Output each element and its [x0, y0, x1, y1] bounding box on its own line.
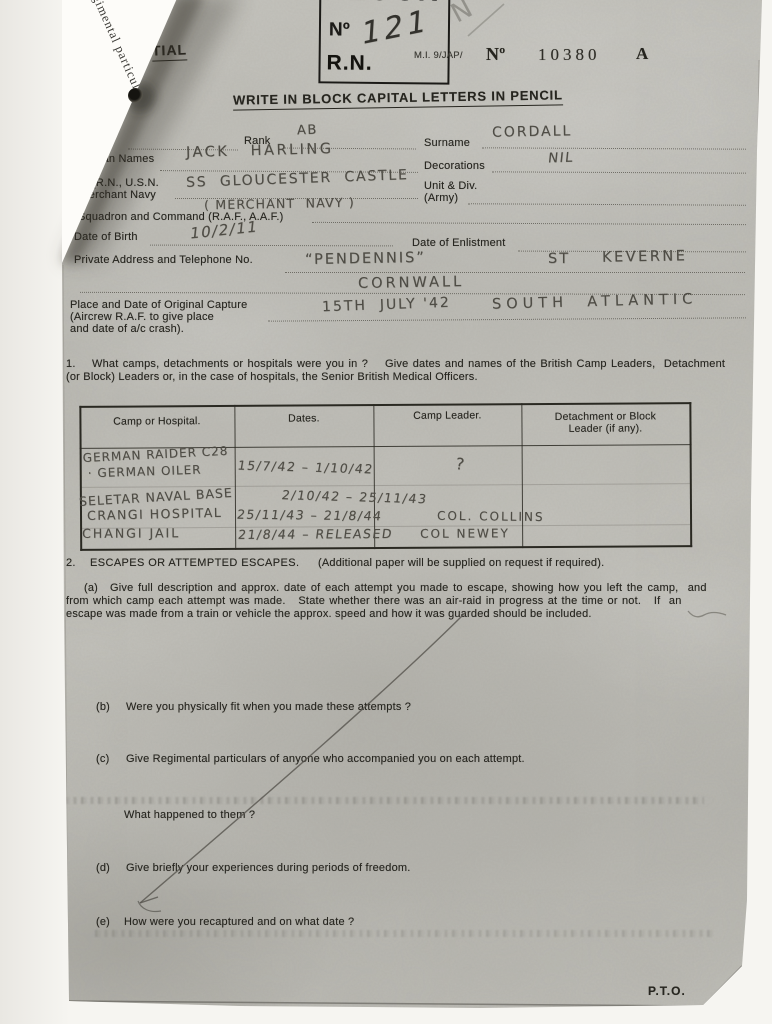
table-header-detachment-line1: Detachment or Block [521, 410, 689, 423]
punch-hole [128, 88, 143, 103]
q2a-text-line2: from which camp each attempt was made. S… [66, 595, 682, 607]
q2-title: ESCAPES OR ATTEMPTED ESCAPES. [90, 557, 299, 569]
table-border-top [79, 402, 691, 408]
table-header-leader: Camp Leader. [373, 409, 521, 422]
bleed-through-smudge [95, 930, 713, 937]
bleed-through-smudge [64, 797, 704, 804]
table-divider-1 [234, 405, 236, 550]
q2a-text-line3: escape was made from a train or vehicle … [66, 608, 592, 620]
table-entry-dates1: 15/7/42 – 1/10/42 [236, 458, 375, 477]
q2-note: (Additional paper will be supplied on re… [318, 557, 604, 569]
table-entry-leader4: COL NEWEY [420, 526, 510, 541]
table-entry-dates2: 2/10/42 – 25/11/43 [281, 487, 429, 506]
paper-sheet: BLOCK Nº 121 R.N. M.I. 9/JAP/ Nº 10380 A… [0, 0, 772, 1024]
table-entry-leader3: COL. COLLINS [437, 509, 545, 524]
table-entry-camp1b: · GERMAN OILER [88, 463, 202, 481]
table-header-camp: Camp or Hospital. [79, 415, 234, 428]
scanned-pow-questionnaire: BLOCK Nº 121 R.N. M.I. 9/JAP/ Nº 10380 A… [0, 0, 772, 1024]
table-entry-dates4: 21/8/44 – RELEASED [237, 526, 394, 542]
q2-number: 2. [66, 557, 76, 569]
q2a-label: (a) [84, 582, 98, 594]
q2b-text: Were you physically fit when you made th… [126, 701, 411, 713]
table-entry-leader1: ? [454, 454, 466, 474]
q2c-label: (c) [96, 753, 109, 765]
table-entry-camp4: CHANGI JAIL [82, 525, 180, 541]
q2e-text: How were you recaptured and on what date… [124, 916, 354, 928]
table-entry-camp3: CRANGI HOSPITAL [87, 505, 223, 523]
table-row-rule [82, 483, 690, 488]
table-entry-dates3: 25/11/43 – 21/8/44 [236, 507, 384, 524]
table-border-right [689, 402, 692, 547]
q2d-text: Give briefly your experiences during per… [126, 862, 411, 874]
q2d-label: (d) [96, 862, 110, 874]
table-header-detachment-line2: Leader (if any). [521, 422, 689, 435]
q2e-label: (e) [96, 916, 110, 928]
q2b-label: (b) [96, 701, 110, 713]
pto-footer: P.T.O. [648, 984, 686, 998]
table-border-bottom [80, 545, 692, 551]
table-header-dates: Dates. [234, 412, 373, 425]
q2a-text-line1: Give full description and approx. date o… [110, 582, 707, 594]
q2c2-text: What happened to them ? [124, 809, 255, 821]
q2c-text: Give Regimental particulars of anyone wh… [126, 753, 525, 765]
